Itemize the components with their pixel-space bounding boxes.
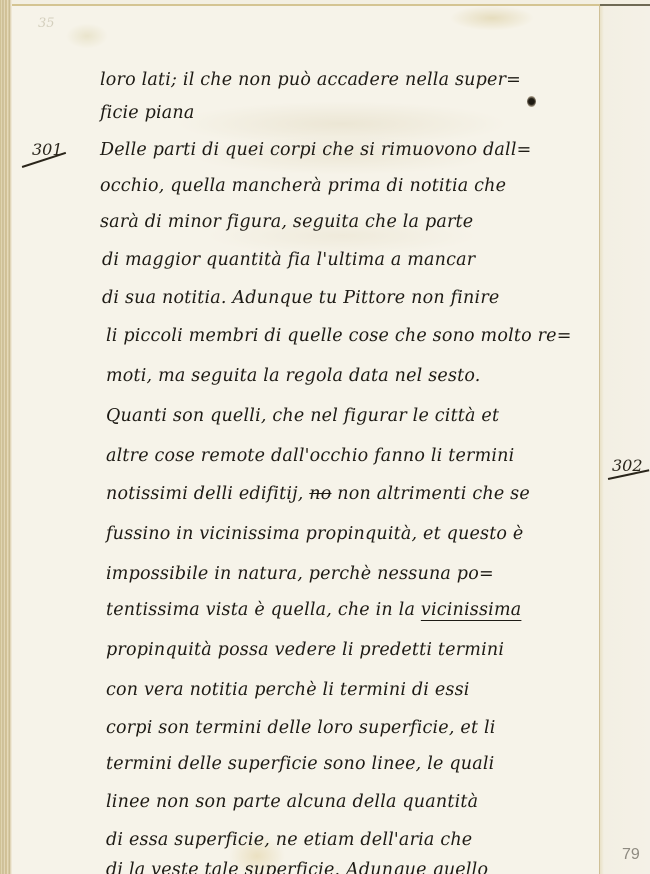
- text-line: di la veste tale superficie. Adunque que…: [106, 860, 488, 874]
- margin-note-text: 301: [32, 140, 63, 159]
- manuscript-viewer: 35 301 302 loro lati; il che non può acc…: [0, 0, 650, 874]
- text-line: moti, ma seguita la regola data nel sest…: [106, 366, 481, 386]
- text-line: tentissima vista è quella, che in la vic…: [106, 600, 521, 620]
- corner-page-mark: 35: [38, 16, 55, 31]
- next-page-edge: [600, 4, 650, 874]
- text-line: sarà di minor figura, seguita che la par…: [100, 212, 473, 232]
- text-line: occhio, quella mancherà prima di notitia…: [100, 176, 506, 196]
- text-line: fussino in vicinissima propinquità, et q…: [106, 524, 524, 544]
- struck-word: no: [309, 484, 331, 504]
- text-line: impossibile in natura, perchè nessuna po…: [106, 564, 494, 584]
- text-line: Quanti son quelli, che nel figurar le ci…: [106, 406, 499, 426]
- manuscript-page: 35: [12, 4, 600, 874]
- text-line: termini delle superficie sono linee, le …: [106, 754, 494, 774]
- underlined-word: vicinissima: [421, 600, 522, 620]
- text-line: Delle parti di quei corpi che si rimuovo…: [100, 140, 532, 160]
- text-line: linee non son parte alcuna della quantit…: [106, 792, 478, 812]
- left-margin-note: 301: [32, 140, 63, 159]
- right-margin-note: 302: [612, 456, 643, 475]
- text-line: corpi son termini delle loro superficie,…: [106, 718, 496, 738]
- text-line: con vera notitia perchè li termini di es…: [106, 680, 470, 700]
- text-line: notissimi delli edifitij, no non altrime…: [106, 484, 530, 504]
- text-segment: notissimi delli edifitij,: [106, 484, 304, 504]
- folio-number: 79: [622, 846, 640, 864]
- text-line: di sua notitia. Adunque tu Pittore non f…: [102, 288, 499, 308]
- text-line: loro lati; il che non può accadere nella…: [100, 70, 521, 90]
- book-binding-edge: [0, 0, 12, 874]
- text-segment: non altrimenti che se: [332, 484, 530, 504]
- text-line: propinquità possa vedere li predetti ter…: [106, 640, 504, 660]
- text-line: altre cose remote dall'occhio fanno li t…: [106, 446, 514, 466]
- text-line: di maggior quantità fia l'ultima a manca…: [102, 250, 475, 270]
- text-line: li piccoli membri di quelle cose che son…: [106, 326, 572, 346]
- text-line: di essa superficie, ne etiam dell'aria c…: [106, 830, 472, 850]
- ink-blot: [527, 96, 536, 107]
- text-line: ficie piana: [100, 103, 195, 123]
- text-segment: tentissima vista è quella, che in la: [106, 600, 415, 620]
